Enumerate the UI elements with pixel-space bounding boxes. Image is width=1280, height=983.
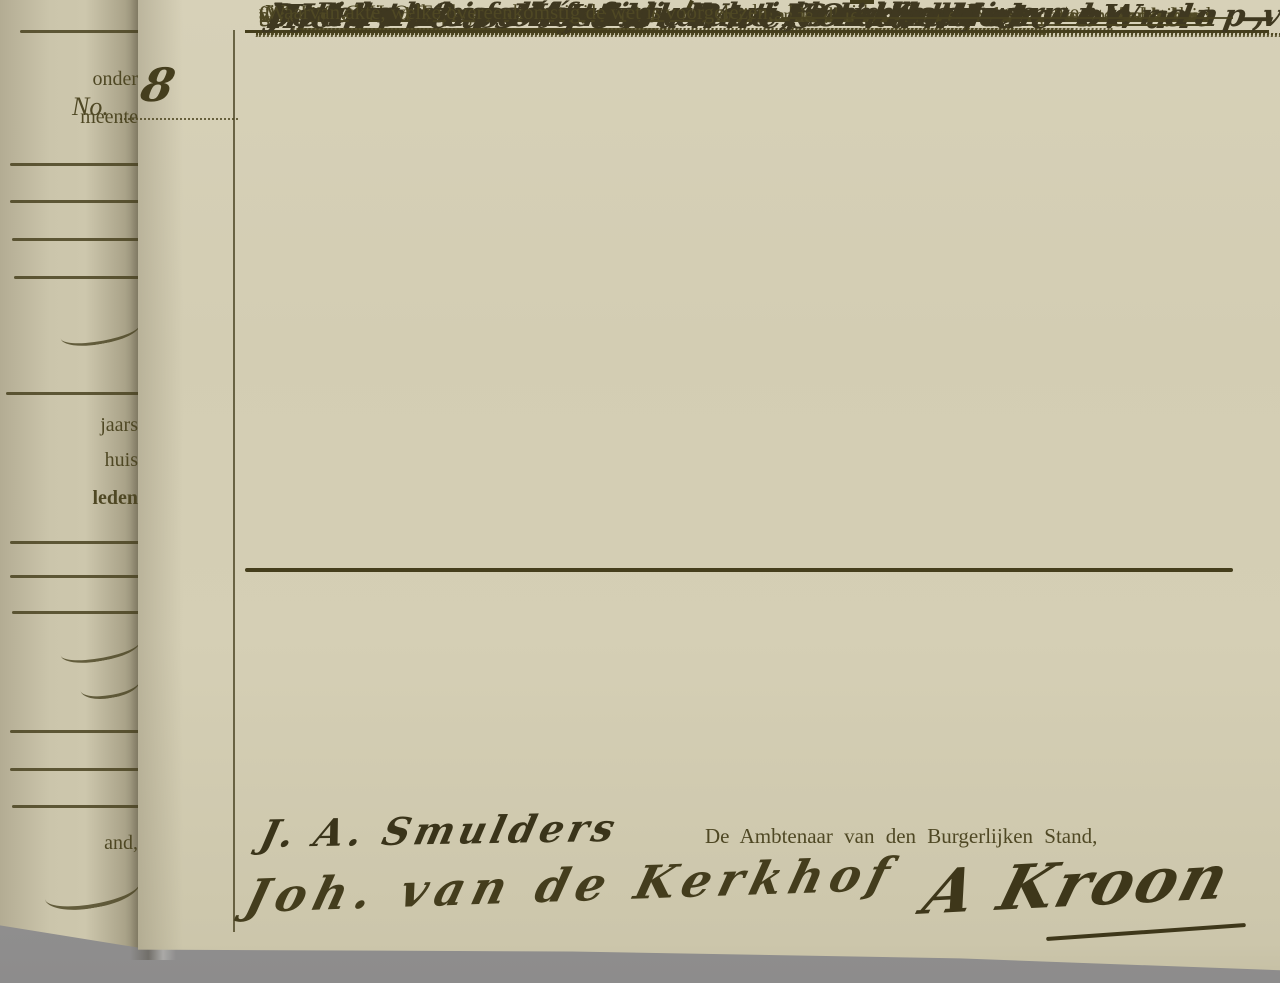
ruled-line-stub <box>10 200 142 203</box>
handwriting-fragment <box>42 864 142 916</box>
previous-page-edge: onder meente jaars huis leden and, <box>0 0 142 952</box>
margin-separator-line <box>233 30 235 932</box>
ruled-line-stub <box>10 575 142 578</box>
section-divider-rule <box>245 568 1233 572</box>
printed-text: Waarvan akte, welke overeenkomstig de we… <box>266 0 773 25</box>
ruled-line-stub <box>10 730 142 733</box>
label-ambtenaar: De Ambtenaar van den Burgerlijken Stand, <box>705 824 1097 849</box>
signature-declarant1: J. A. Smulders <box>256 805 623 856</box>
ruled-line-stub <box>6 392 142 395</box>
ruled-line-stub <box>10 541 142 544</box>
ruled-line <box>781 17 1233 19</box>
ruled-line-stub <box>14 276 142 279</box>
record-number-dotted-line <box>120 118 238 120</box>
ruled-line-stub <box>20 30 142 33</box>
line-closing-statement: Waarvan akte, welke overeenkomstig de we… <box>262 0 1237 25</box>
ruled-line-stub <box>10 163 142 166</box>
ruled-line-stub <box>10 768 142 771</box>
death-certificate-scan: onder meente jaars huis leden and, No. 8… <box>0 0 1280 983</box>
ruled-line-stub <box>12 238 142 241</box>
ruled-line-stub <box>12 805 142 808</box>
ruled-line-stub <box>12 611 142 614</box>
record-number-label: No. <box>72 92 109 122</box>
